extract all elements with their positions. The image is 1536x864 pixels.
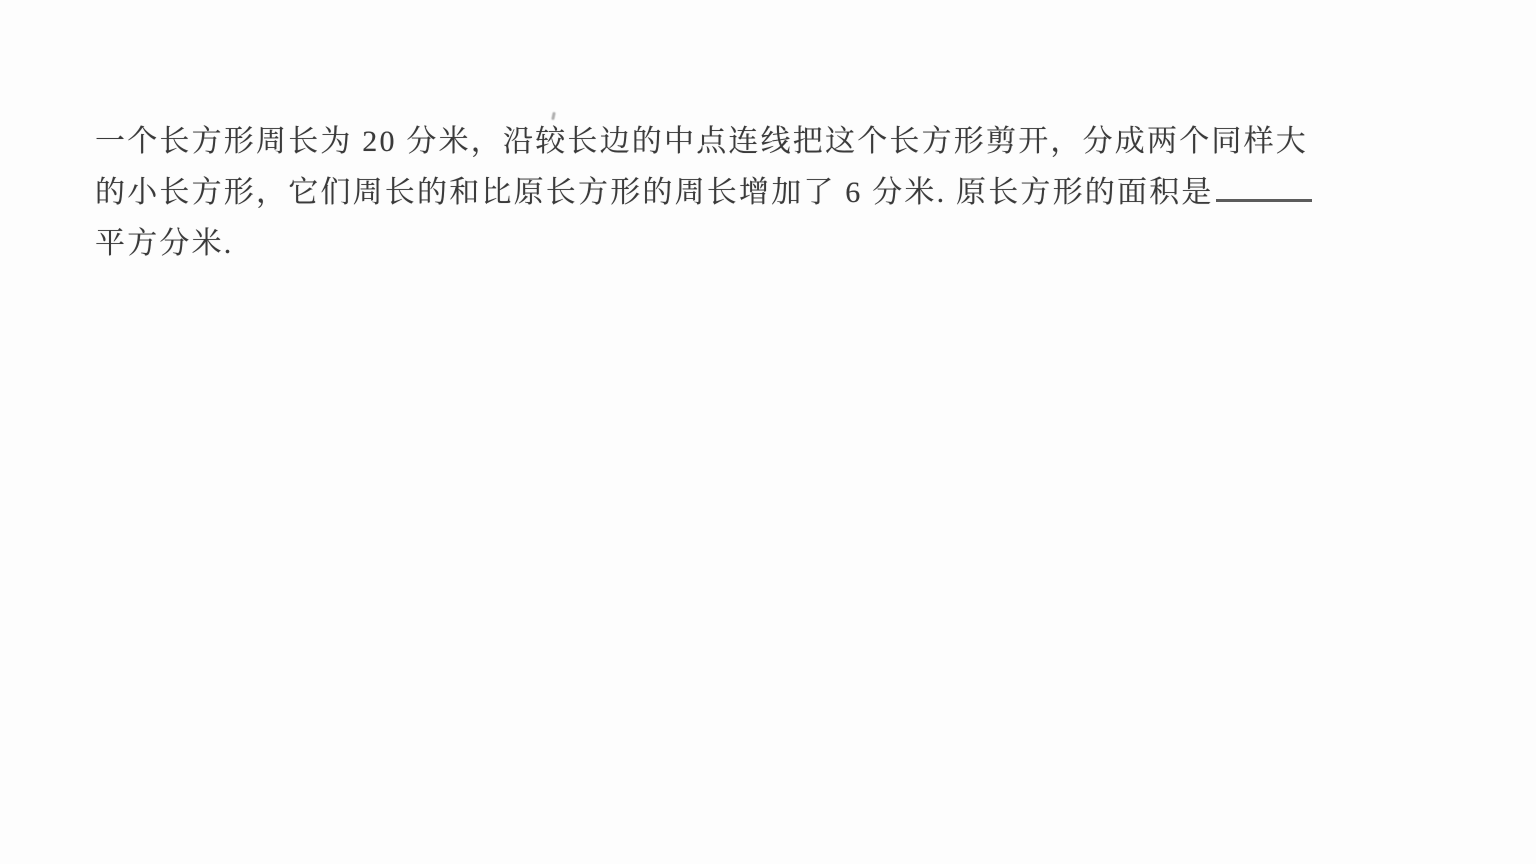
problem-text-line-3: 平方分米. [95,218,1355,269]
problem-text-line-2: 的小长方形，它们周长的和比原长方形的周长增加了 6 分米. 原长方形的面积是 [95,176,1214,209]
answer-blank [1216,172,1312,202]
math-problem-text: 一个长方形周长为 20 分米，沿较长边的中点连线把这个长方形剪开，分成两个同样大… [95,116,1355,269]
problem-text-line-2-wrap: 的小长方形，它们周长的和比原长方形的周长增加了 6 分米. 原长方形的面积是 [95,167,1355,218]
problem-text-line-1: 一个长方形周长为 20 分米，沿较长边的中点连线把这个长方形剪开，分成两个同样大 [95,116,1355,167]
document-page: 一个长方形周长为 20 分米，沿较长边的中点连线把这个长方形剪开，分成两个同样大… [0,0,1536,864]
